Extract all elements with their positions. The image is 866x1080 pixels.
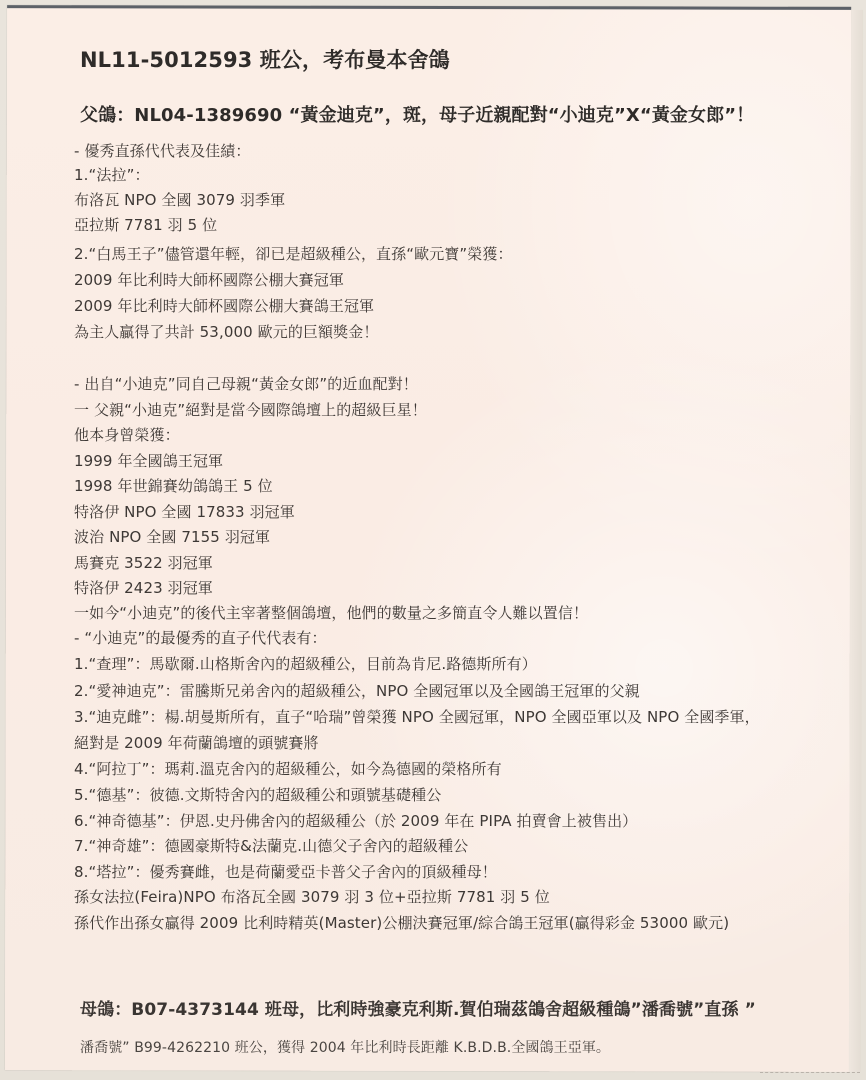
section1-line: 2.“白馬王子”儘管還年輕，卻已是超級種公，直孫“歐元寶”榮獲： — [74, 244, 513, 264]
section2-line: 馬賽克 3522 羽冠軍 — [74, 553, 213, 573]
section2-line: 他本身曾榮獲： — [74, 425, 180, 445]
father-heading: 父鴿：NL04-1389690 “黃金迪克”，斑，母子近親配對“小迪克”X“黃金… — [80, 104, 754, 128]
section1-line: 為主人贏得了共計 53,000 歐元的巨額獎金！ — [74, 322, 378, 342]
section2-line: 8.“塔拉”：優秀賽雌，也是荷蘭愛亞卡普父子舍內的頂級種母！ — [74, 862, 497, 882]
section2-line: 波治 NPO 全國 7155 羽冠軍 — [74, 527, 270, 547]
section2-line: 1998 年世錦賽幼鴿鴿王 5 位 — [74, 476, 273, 496]
section2-line: 絕對是 2009 年荷蘭鴿壇的頭號賽將 — [74, 733, 319, 753]
section2-line: 6.“神奇德基”：伊恩.史丹佛舍內的超級種公（於 2009 年在 PIPA 拍賣… — [74, 811, 637, 831]
section2-line: 一如今“小迪克”的後代主宰著整個鴿壇，他們的數量之多簡直令人難以置信！ — [74, 603, 588, 623]
section2-line: 2.“愛神迪克”：雷騰斯兄弟舍內的超級種公，NPO 全國冠軍以及全國鴿王冠軍的父… — [74, 681, 640, 701]
section1-line: 亞拉斯 7781 羽 5 位 — [74, 215, 217, 235]
section2-line: 特洛伊 2423 羽冠軍 — [74, 578, 213, 598]
section2-line: 孫代作出孫女贏得 2009 比利時精英(Master)公棚決賽冠軍/綜合鴿王冠軍… — [74, 913, 729, 933]
section1-line: 布洛瓦 NPO 全國 3079 羽季軍 — [74, 190, 285, 210]
section2-line: - “小迪克”的最優秀的直子代代表有： — [74, 628, 327, 648]
section2-line: 1.“查理”：馬歇爾.山格斯舍內的超級種公，目前為肯尼.路德斯所有） — [74, 654, 537, 674]
scan-edge-dashes — [760, 1072, 860, 1073]
document-title: NL11-5012593 班公，考布曼本舍鴿 — [80, 46, 450, 74]
section1-line: 1.“法拉”： — [74, 165, 150, 185]
section2-line: 孫女法拉(Feira)NPO 布洛瓦全國 3079 羽 3 位+亞拉斯 7781… — [74, 887, 550, 907]
section1-heading: - 優秀直孫代代表及佳績： — [74, 141, 250, 161]
section2-line: 5.“德基”：彼德.文斯特舍內的超級種公和頭號基礎種公 — [74, 785, 441, 805]
mother-note: 潘喬號” B99-4262210 班公，獲得 2004 年比利時長距離 K.B.… — [80, 1038, 610, 1058]
section2-line: 1999 年全國鴿王冠軍 — [74, 451, 223, 471]
mother-heading: 母鴿：B07-4373144 班母，比利時強豪克利斯.賀伯瑞茲鴿舍超級種鴿”潘喬… — [80, 998, 756, 1022]
section2-line: 4.“阿拉丁”：瑪莉.溫克舍內的超級種公，如今為德國的榮格所有 — [74, 759, 502, 779]
section2-line: 7.“神奇雄”：德國豪斯特&法蘭克.山德父子舍內的超級種公 — [74, 836, 468, 856]
section2-line: 特洛伊 NPO 全國 17833 羽冠軍 — [74, 502, 295, 522]
section2-line: 3.“迪克雌”：楊.胡曼斯所有，直子“哈瑞”曾榮獲 NPO 全國冠軍，NPO 全… — [74, 707, 760, 727]
section2-line: 一 父親“小迪克”絕對是當今國際鴿壇上的超級巨星！ — [74, 400, 427, 420]
section1-line: 2009 年比利時大師杯國際公棚大賽冠軍 — [74, 270, 344, 290]
section2-line: - 出自“小迪克”同自己母親“黃金女郎”的近血配對！ — [74, 374, 418, 394]
section1-line: 2009 年比利時大師杯國際公棚大賽鴿王冠軍 — [74, 296, 374, 316]
document-content: NL11-5012593 班公，考布曼本舍鴿 父鴿：NL04-1389690 “… — [0, 0, 866, 1080]
